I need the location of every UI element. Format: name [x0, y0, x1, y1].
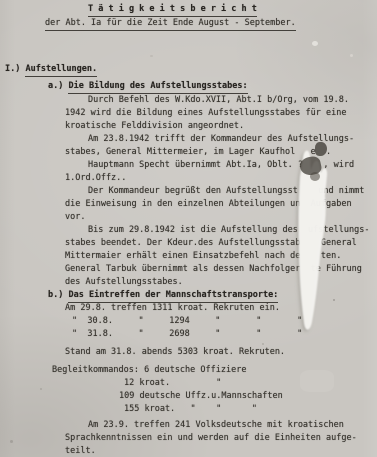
- text-line: a.) Die Bildung des Aufstellungsstabes:: [48, 81, 248, 91]
- text-line: Durch Befehl des W.Kdo.XVII, Abt.I b/Org…: [88, 95, 349, 105]
- text-fragment: I.): [5, 64, 25, 74]
- text-line: 109 deutsche Uffz.u.Mannschaften: [119, 391, 283, 401]
- paper-speck: [333, 299, 335, 301]
- underlined-text: Aufstellungen.: [25, 64, 97, 77]
- text-fragment: des Aufstellungsstabes.: [65, 277, 183, 287]
- paper-speck: [300, 370, 334, 392]
- text-line: Bis zum 29.8.1942 ist die Aufstellung de…: [88, 225, 369, 235]
- text-line: 155 kroat. " " ": [124, 404, 257, 414]
- text-line: " 31.8. " 2698 " " ": [72, 329, 302, 339]
- text-fragment: Am 23.8.1942 trifft der Kommandeur des A…: [88, 134, 354, 144]
- text-fragment: 1942 wird die Bildung eines Aufstellungs…: [65, 108, 346, 118]
- text-fragment: " 31.8. " 2698 " " ": [72, 329, 302, 339]
- paper-speck: [312, 41, 318, 46]
- paper-speck: [262, 343, 264, 345]
- text-fragment: 109 deutsche Uffz.u.Mannschaften: [119, 391, 283, 401]
- text-fragment: kroatische Felddivision angeordnet.: [65, 121, 244, 131]
- text-fragment: General Tarbuk übernimmt als dessen Nach…: [65, 264, 362, 274]
- text-line: stabes beendet. Der Kdeur.des Aufstellun…: [65, 238, 357, 248]
- text-line: 1942 wird die Bildung eines Aufstellungs…: [65, 108, 346, 118]
- text-line: 1.Ord.Offz..: [65, 173, 126, 183]
- text-line: Am 29.8. treffen 1311 kroat. Rekruten ei…: [65, 303, 280, 313]
- text-fragment: Mittermaier erhält einen Einsatzbefehl n…: [65, 251, 341, 261]
- ink-smudge: [310, 172, 320, 181]
- report-title: T ä t i g k e i t s b e r i c h t: [88, 4, 257, 14]
- text-line: Der Kommandeur begrüßt den Aufstellungss…: [88, 186, 364, 196]
- text-line: teilt.: [65, 446, 96, 456]
- text-fragment: Der Kommandeur begrüßt den Aufstellungss…: [88, 186, 364, 196]
- paper-speck: [350, 54, 353, 57]
- text-line: I.) Aufstellungen.: [5, 64, 97, 74]
- paper-speck: [150, 55, 153, 57]
- text-fragment: stabes, General Mittermeier, im Lager Ka…: [65, 147, 331, 157]
- text-fragment: b.): [48, 290, 68, 300]
- text-line: Begleitkommandos: 6 deutsche Offiziere: [52, 365, 246, 375]
- text-fragment: 155 kroat. " " ": [124, 404, 257, 414]
- text-line: b.) Das Eintreffen der Mannschaftstransp…: [48, 290, 278, 300]
- text-line: Stand am 31.8. abends 5303 kroat. Rekrut…: [65, 347, 285, 357]
- text-line: General Tarbuk übernimmt als dessen Nach…: [65, 264, 362, 274]
- text-fragment: Durch Befehl des W.Kdo.XVII, Abt.I b/Org…: [88, 95, 349, 105]
- text-fragment: Bis zum 29.8.1942 ist die Aufstellung de…: [88, 225, 369, 235]
- text-fragment: vor.: [65, 212, 85, 222]
- text-fragment: Am 23.9. treffen 241 Volksdeutsche mit k…: [88, 420, 344, 430]
- text-fragment: 1.Ord.Offz..: [65, 173, 126, 183]
- text-fragment: 12 kroat. ": [124, 378, 221, 388]
- underlined-text: Das Eintreffen der Mannschaftstransporte…: [68, 290, 278, 303]
- text-fragment: die Einweisung in den einzelnen Abteilun…: [65, 199, 352, 209]
- underlined-text: Die Bildung des Aufstellungsstabes:: [68, 81, 247, 94]
- text-line: Am 23.8.1942 trifft der Kommandeur des A…: [88, 134, 354, 144]
- text-fragment: stabes beendet. Der Kdeur.des Aufstellun…: [65, 238, 357, 248]
- text-fragment: teilt.: [65, 446, 96, 456]
- text-fragment: Am 29.8. treffen 1311 kroat. Rekruten ei…: [65, 303, 280, 313]
- text-line: Mittermaier erhält einen Einsatzbefehl n…: [65, 251, 341, 261]
- text-line: des Aufstellungsstabes.: [65, 277, 183, 287]
- paper-speck: [10, 440, 13, 443]
- underlined-text: T ä t i g k e i t s b e r i c h t: [88, 4, 257, 17]
- text-line: 12 kroat. ": [124, 378, 221, 388]
- text-line: vor.: [65, 212, 85, 222]
- text-line: Sprachkenntnissen ein und werden auf die…: [65, 433, 357, 443]
- text-fragment: Begleitkommandos: 6 deutsche Offiziere: [52, 365, 246, 375]
- scanned-document-page: { "colors": { "paper": "#c9c6c1", "ink":…: [0, 0, 377, 457]
- text-fragment: Stand am 31.8. abends 5303 kroat. Rekrut…: [65, 347, 285, 357]
- text-line: Am 23.9. treffen 241 Volksdeutsche mit k…: [88, 420, 344, 430]
- text-line: stabes, General Mittermeier, im Lager Ka…: [65, 147, 331, 157]
- text-fragment: " 30.8. " 1294 " " ": [72, 316, 302, 326]
- paper-speck: [40, 388, 42, 390]
- report-subtitle: der Abt. Ia für die Zeit Ende August - S…: [45, 18, 296, 28]
- text-line: die Einweisung in den einzelnen Abteilun…: [65, 199, 352, 209]
- text-fragment: a.): [48, 81, 68, 91]
- text-line: kroatische Felddivision angeordnet.: [65, 121, 244, 131]
- underlined-text: der Abt. Ia für die Zeit Ende August - S…: [45, 18, 296, 31]
- text-line: " 30.8. " 1294 " " ": [72, 316, 302, 326]
- text-fragment: Sprachkenntnissen ein und werden auf die…: [65, 433, 357, 443]
